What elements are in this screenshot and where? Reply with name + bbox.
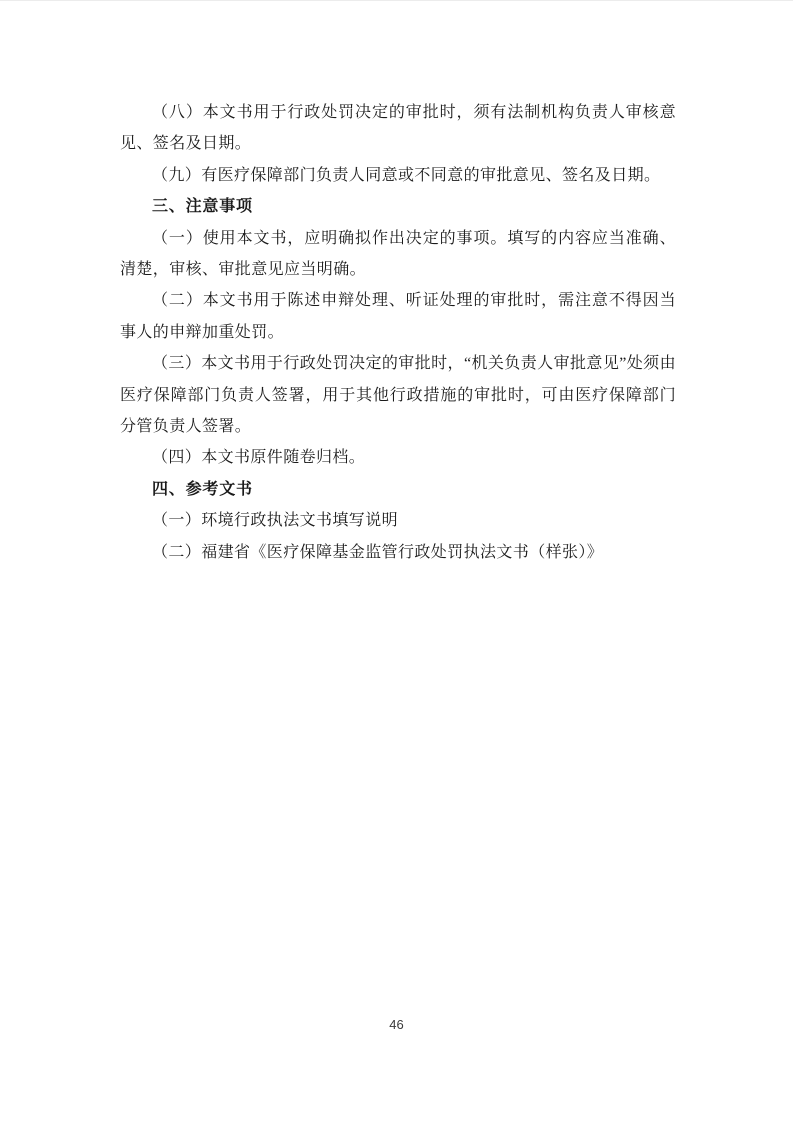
paragraph-reference-2: （二）福建省《医疗保障基金监管行政处罚执法文书（样张）》 — [120, 537, 676, 568]
paragraph-item-9: （九）有医疗保障部门负责人同意或不同意的审批意见、签名及日期。 — [120, 160, 676, 191]
section-heading-references: 四、参考文书 — [120, 474, 676, 505]
page-number: 46 — [0, 1017, 793, 1032]
document-page: （八）本文书用于行政处罚决定的审批时，须有法制机构负责人审核意见、签名及日期。 … — [0, 0, 793, 1122]
paragraph-note-2: （二）本文书用于陈述申辩处理、听证处理的审批时，需注意不得因当事人的申辩加重处罚… — [120, 285, 676, 348]
paragraph-item-8: （八）本文书用于行政处罚决定的审批时，须有法制机构负责人审核意见、签名及日期。 — [120, 97, 676, 160]
paragraph-note-4: （四）本文书原件随卷归档。 — [120, 442, 676, 473]
paragraph-note-1: （一）使用本文书，应明确拟作出决定的事项。填写的内容应当准确、清楚，审核、审批意… — [120, 223, 676, 286]
paragraph-note-3: （三）本文书用于行政处罚决定的审批时，“机关负责人审批意见”处须由医疗保障部门负… — [120, 348, 676, 442]
paragraph-reference-1: （一）环境行政执法文书填写说明 — [120, 505, 676, 536]
page-content: （八）本文书用于行政处罚决定的审批时，须有法制机构负责人审核意见、签名及日期。 … — [120, 97, 676, 568]
section-heading-notes: 三、注意事项 — [120, 191, 676, 222]
